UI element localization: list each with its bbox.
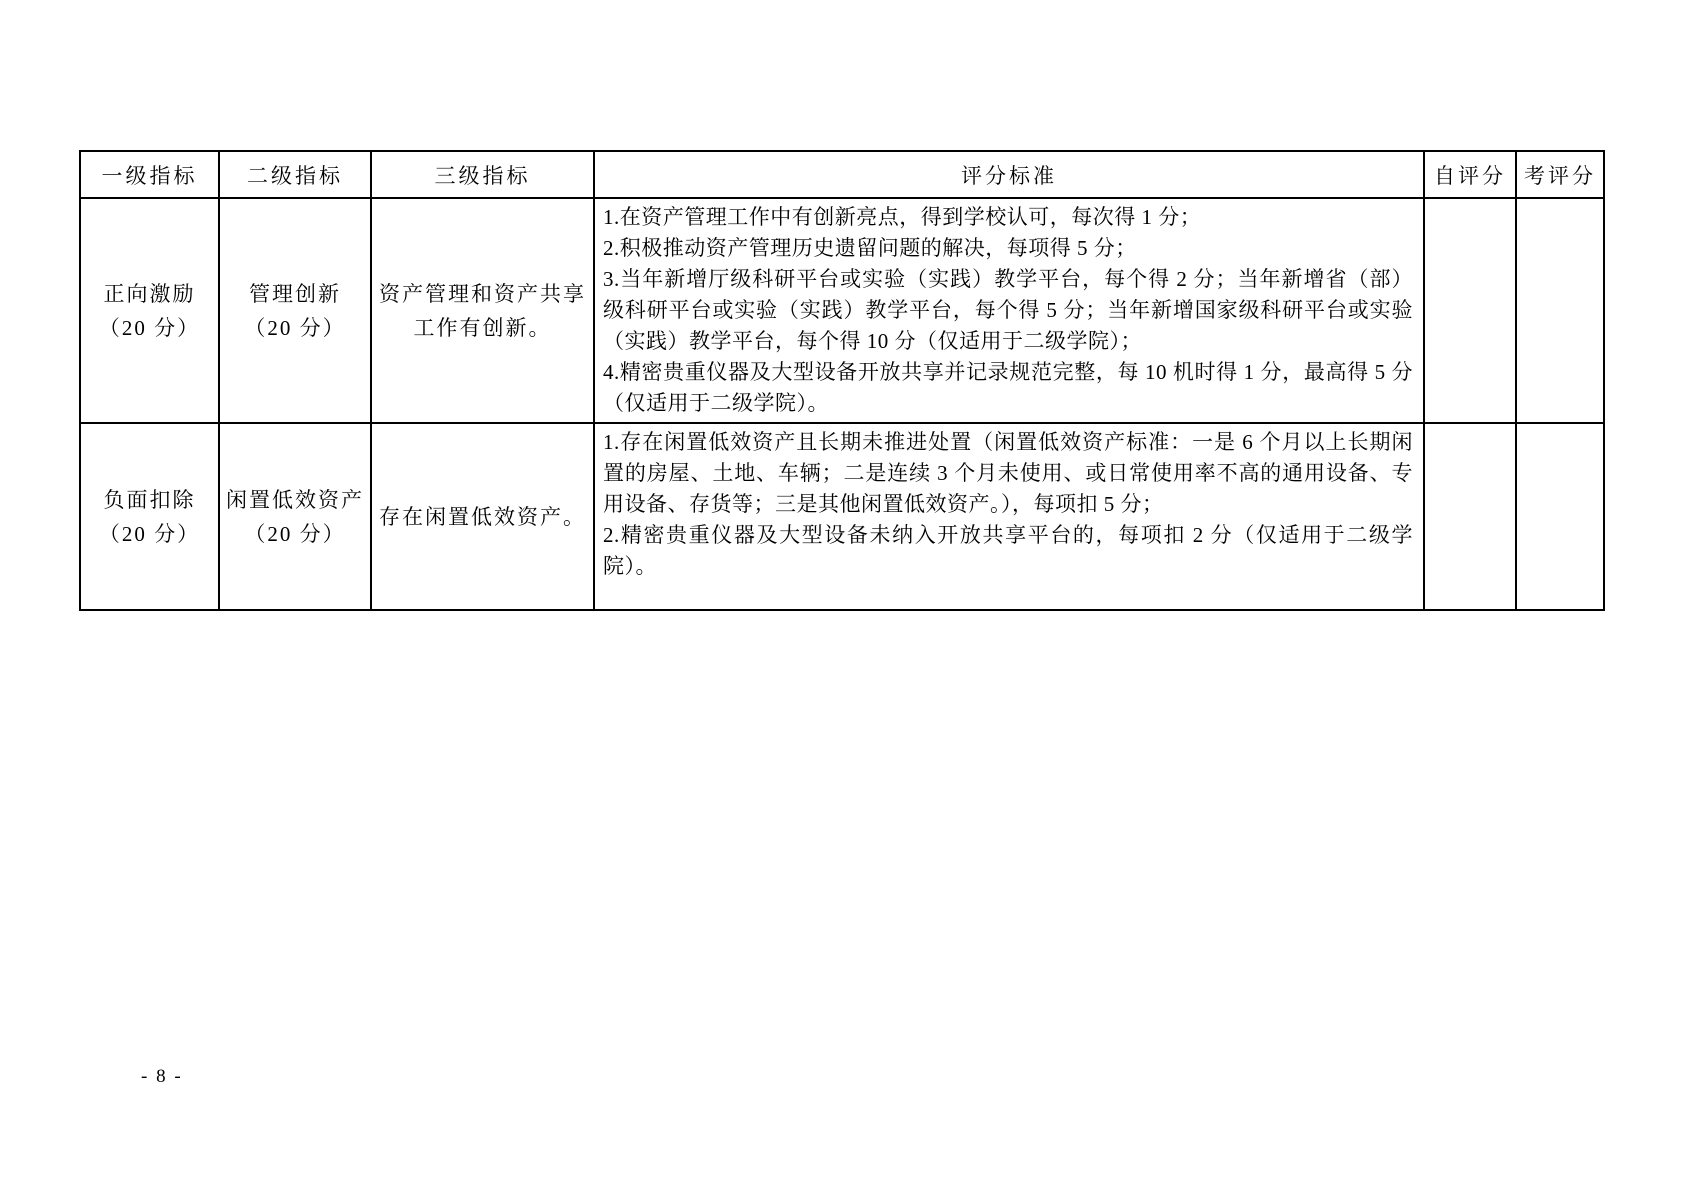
scoring-criteria-cell: 1.在资产管理工作中有创新亮点，得到学校认可，每次得 1 分； 2.积极推动资产… <box>594 198 1424 423</box>
level2-score: （20 分） <box>224 311 366 345</box>
col-header-self-score: 自评分 <box>1424 151 1516 198</box>
col-header-scoring-criteria: 评分标准 <box>594 151 1424 198</box>
document-page: 一级指标 二级指标 三级指标 评分标准 自评分 考评分 正向激励 （20 分） … <box>0 0 1684 1191</box>
self-score-cell[interactable] <box>1424 198 1516 423</box>
criteria-item: 1.在资产管理工作中有创新亮点，得到学校认可，每次得 1 分； <box>603 202 1413 233</box>
criteria-item: 2.积极推动资产管理历史遗留问题的解决，每项得 5 分； <box>603 233 1413 264</box>
evaluation-table: 一级指标 二级指标 三级指标 评分标准 自评分 考评分 正向激励 （20 分） … <box>79 150 1605 611</box>
col-header-level3-indicator: 三级指标 <box>371 151 594 198</box>
criteria-item: 2.精密贵重仪器及大型设备未纳入开放共享平台的，每项扣 2 分（仅适用于二级学院… <box>603 520 1413 582</box>
level3-indicator-cell: 存在闲置低效资产。 <box>371 423 594 610</box>
criteria-item: 4.精密贵重仪器及大型设备开放共享并记录规范完整，每 10 机时得 1 分，最高… <box>603 357 1413 419</box>
table-header-row: 一级指标 二级指标 三级指标 评分标准 自评分 考评分 <box>80 151 1604 198</box>
level2-score: （20 分） <box>224 517 366 551</box>
level1-name: 正向激励 <box>85 277 214 311</box>
table-row-positive-incentive: 正向激励 （20 分） 管理创新 （20 分） 资产管理和资产共享工作有创新。 … <box>80 198 1604 423</box>
level2-indicator-cell: 闲置低效资产 （20 分） <box>219 423 371 610</box>
level1-score: （20 分） <box>85 517 214 551</box>
level2-name: 管理创新 <box>224 277 366 311</box>
col-header-level2-indicator: 二级指标 <box>219 151 371 198</box>
level1-indicator-cell: 正向激励 （20 分） <box>80 198 219 423</box>
review-score-cell[interactable] <box>1516 423 1604 610</box>
table-row-negative-deduction: 负面扣除 （20 分） 闲置低效资产 （20 分） 存在闲置低效资产。 1.存在… <box>80 423 1604 610</box>
criteria-item: 1.存在闲置低效资产且长期未推进处置（闲置低效资产标准：一是 6 个月以上长期闲… <box>603 427 1413 520</box>
level1-score: （20 分） <box>85 311 214 345</box>
page-number: - 8 - <box>141 1066 183 1088</box>
level1-indicator-cell: 负面扣除 （20 分） <box>80 423 219 610</box>
self-score-cell[interactable] <box>1424 423 1516 610</box>
level1-name: 负面扣除 <box>85 483 214 517</box>
level3-description: 资产管理和资产共享工作有创新。 <box>376 277 589 345</box>
level2-name: 闲置低效资产 <box>224 483 366 517</box>
col-header-review-score: 考评分 <box>1516 151 1604 198</box>
scoring-criteria-cell: 1.存在闲置低效资产且长期未推进处置（闲置低效资产标准：一是 6 个月以上长期闲… <box>594 423 1424 610</box>
criteria-item: 3.当年新增厅级科研平台或实验（实践）教学平台，每个得 2 分；当年新增省（部）… <box>603 264 1413 357</box>
review-score-cell[interactable] <box>1516 198 1604 423</box>
level2-indicator-cell: 管理创新 （20 分） <box>219 198 371 423</box>
level3-indicator-cell: 资产管理和资产共享工作有创新。 <box>371 198 594 423</box>
col-header-level1-indicator: 一级指标 <box>80 151 219 198</box>
level3-description: 存在闲置低效资产。 <box>376 500 589 534</box>
